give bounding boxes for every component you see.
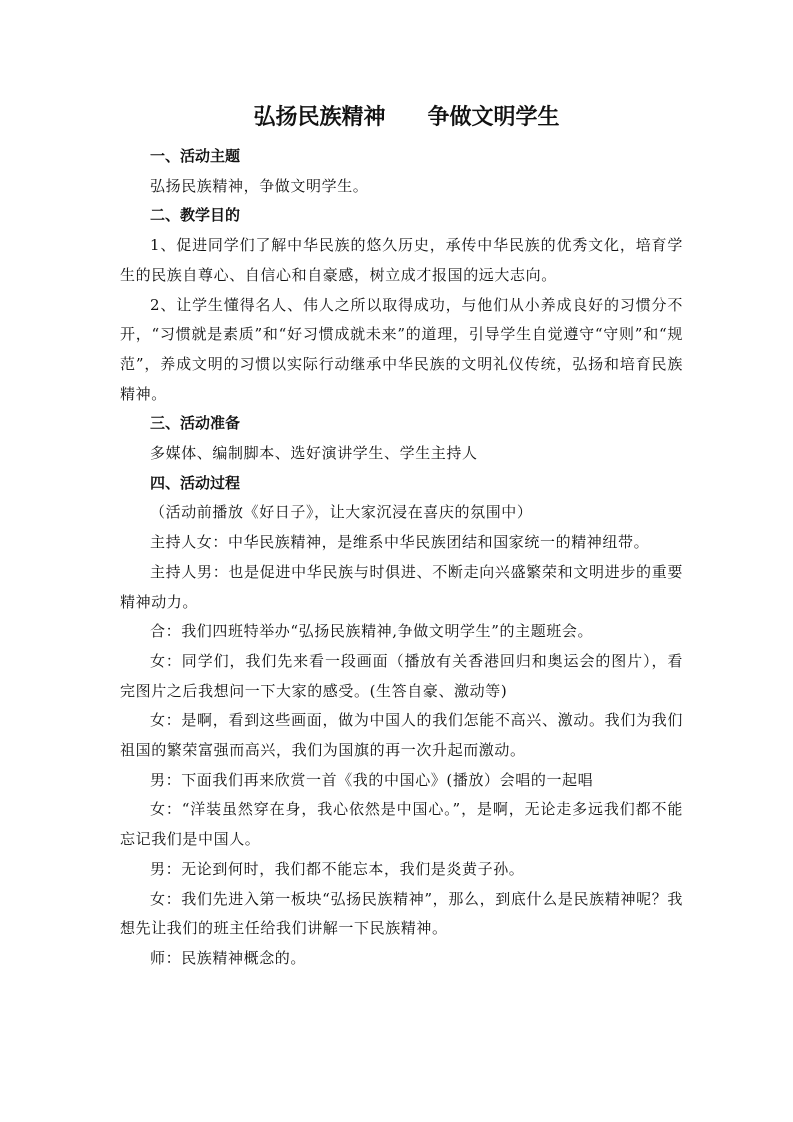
section-heading-theme: 一、活动主题 xyxy=(120,142,683,172)
document-page: 弘扬民族精神争做文明学生 一、活动主题 弘扬民族精神，争做文明学生。 二、教学目… xyxy=(120,98,683,974)
paragraph: 主持人男：也是促进中华民族与时俱进、不断走向兴盛繁荣和文明进步的重要精神动力。 xyxy=(120,558,683,617)
section-heading-preparation: 三、活动准备 xyxy=(120,409,683,439)
paragraph: 女：是啊，看到这些画面，做为中国人的我们怎能不高兴、激动。我们为我们祖国的繁荣富… xyxy=(120,706,683,765)
paragraph: 女：我们先进入第一板块“弘扬民族精神”，那么，到底什么是民族精神呢？我想先让我们… xyxy=(120,885,683,944)
paragraph: 2、让学生懂得名人、伟人之所以取得成功，与他们从小养成良好的习惯分不开，“习惯就… xyxy=(120,291,683,410)
paragraph: 1、促进同学们了解中华民族的悠久历史，承传中华民族的优秀文化，培育学生的民族自尊… xyxy=(120,231,683,290)
paragraph: 合：我们四班特举办“弘扬民族精神,争做文明学生”的主题班会。 xyxy=(120,617,683,647)
paragraph: 男：下面我们再来欣赏一首《我的中国心》(播放）会唱的一起唱 xyxy=(120,766,683,796)
title-part-1: 弘扬民族精神 xyxy=(253,105,385,130)
section-heading-purpose: 二、教学目的 xyxy=(120,201,683,231)
paragraph: 多媒体、编制脚本、选好演讲学生、学生主持人 xyxy=(120,439,683,469)
title-part-2: 争做文明学生 xyxy=(428,105,560,130)
section-heading-process: 四、活动过程 xyxy=(120,469,683,499)
paragraph: 主持人女：中华民族精神，是维系中华民族团结和国家统一的精神纽带。 xyxy=(120,528,683,558)
paragraph: 师：民族精神概念的。 xyxy=(120,944,683,974)
paragraph: 女：同学们，我们先来看一段画面（播放有关香港回归和奥运会的图片），看完图片之后我… xyxy=(120,647,683,706)
paragraph: 女：“洋装虽然穿在身，我心依然是中国心。”，是啊，无论走多远我们都不能忘记我们是… xyxy=(120,795,683,854)
paragraph: （活动前播放《好日子》，让大家沉浸在喜庆的氛围中） xyxy=(120,498,683,528)
paragraph: 弘扬民族精神，争做文明学生。 xyxy=(120,172,683,202)
document-title: 弘扬民族精神争做文明学生 xyxy=(130,98,683,142)
paragraph: 男：无论到何时，我们都不能忘本，我们是炎黄子孙。 xyxy=(120,855,683,885)
